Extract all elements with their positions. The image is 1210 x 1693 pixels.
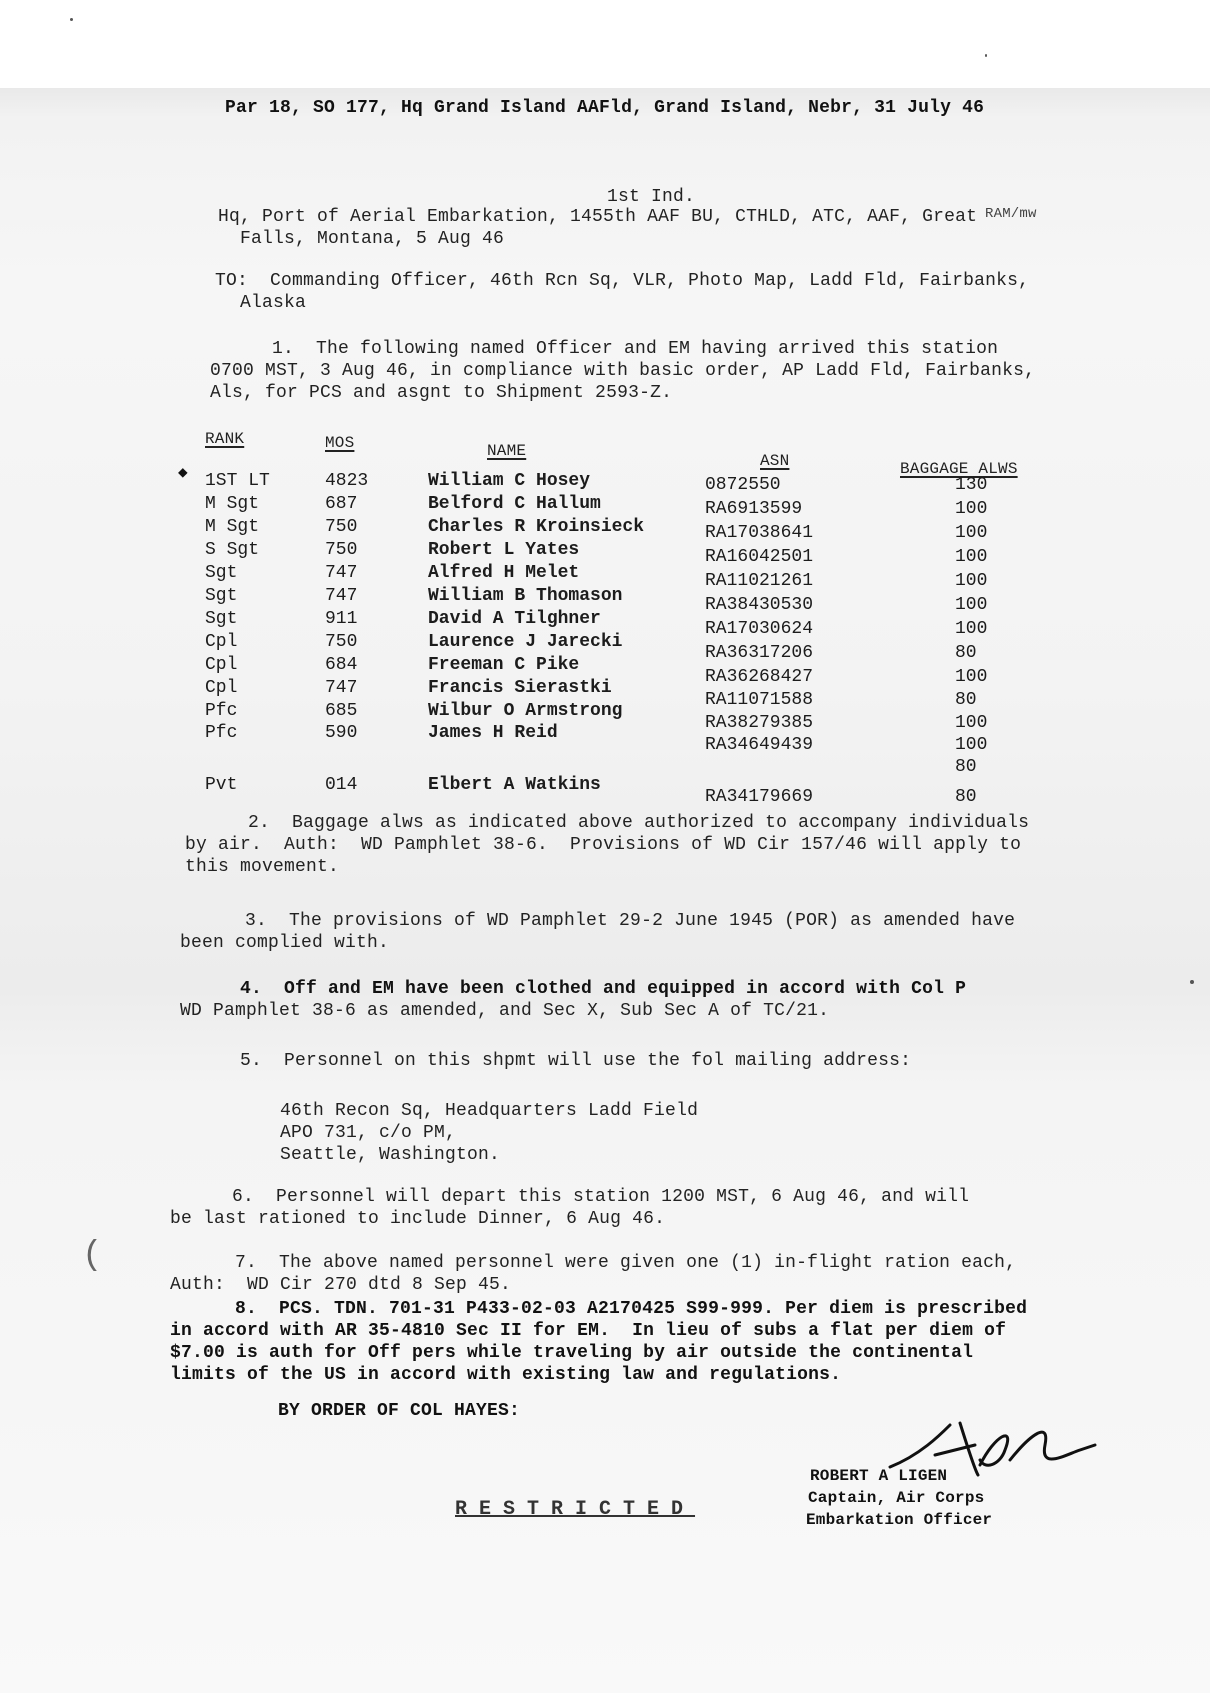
table-row: Pfc685Wilbur O ArmstrongRA38279385100 bbox=[0, 700, 1210, 724]
cell-name: Robert L Yates bbox=[428, 539, 579, 561]
signer-role: Embarkation Officer bbox=[806, 1509, 992, 1531]
signer-title: Captain, Air Corps bbox=[808, 1487, 984, 1509]
table-row: Sgt911David A TilghnerRA17030624100 bbox=[0, 608, 1210, 632]
cell-name: Alfred H Melet bbox=[428, 562, 579, 584]
cell-name: Charles R Kroinsieck bbox=[428, 516, 644, 538]
para8-line3: $7.00 is auth for Off pers while traveli… bbox=[170, 1342, 973, 1364]
cell-name: James H Reid bbox=[428, 722, 558, 744]
cell-rank: Cpl bbox=[205, 677, 237, 699]
address-line3: Seattle, Washington. bbox=[280, 1144, 500, 1166]
cell-name: Wilbur O Armstrong bbox=[428, 700, 622, 722]
para3-line1: 3. The provisions of WD Pamphlet 29-2 Ju… bbox=[245, 910, 1015, 932]
cell-mos: 747 bbox=[325, 585, 357, 607]
para6-line2: be last rationed to include Dinner, 6 Au… bbox=[170, 1208, 665, 1230]
from-line-1: Hq, Port of Aerial Embarkation, 1455th A… bbox=[218, 206, 977, 228]
scan-speck bbox=[985, 54, 987, 57]
cell-baggage: 80 bbox=[955, 786, 977, 808]
cell-name: Elbert A Watkins bbox=[428, 774, 601, 796]
para2-line2: by air. Auth: WD Pamphlet 38-6. Provisio… bbox=[185, 834, 1021, 856]
para1-line1: 1. The following named Officer and EM ha… bbox=[272, 338, 998, 360]
para3-line2: been complied with. bbox=[180, 932, 389, 954]
cell-name: Belford C Hallum bbox=[428, 493, 601, 515]
signer-name: ROBERT A LIGEN bbox=[810, 1465, 947, 1487]
cell-rank: 1ST LT bbox=[205, 470, 270, 492]
para8-line1: 8. PCS. TDN. 701-31 P433-02-03 A2170425 … bbox=[235, 1298, 1027, 1320]
header-mos: MOS bbox=[325, 432, 354, 454]
table-row: Cpl747Francis SierastkiRA1107158880 bbox=[0, 677, 1210, 701]
cell-mos: 684 bbox=[325, 654, 357, 676]
table-row: Pvt014Elbert A WatkinsRA3417966980 bbox=[0, 774, 1210, 798]
cell-rank: Pfc bbox=[205, 722, 237, 744]
cell-mos: 750 bbox=[325, 631, 357, 653]
table-row: M Sgt750Charles R KroinsieckRA1703864110… bbox=[0, 516, 1210, 540]
cell-name: David A Tilghner bbox=[428, 608, 601, 630]
scan-speck bbox=[1190, 980, 1194, 984]
para2-line3: this movement. bbox=[185, 856, 339, 878]
cell-mos: 4823 bbox=[325, 470, 368, 492]
cell-rank: S Sgt bbox=[205, 539, 259, 561]
cell-mos: 750 bbox=[325, 516, 357, 538]
cell-mos: 014 bbox=[325, 774, 357, 796]
cell-mos: 687 bbox=[325, 493, 357, 515]
cell-mos: 747 bbox=[325, 677, 357, 699]
table-row: M Sgt687Belford C HallumRA6913599100 bbox=[0, 493, 1210, 517]
cell-rank: Pfc bbox=[205, 700, 237, 722]
indorsement-label: 1st Ind. bbox=[607, 186, 695, 208]
from-line-2: Falls, Montana, 5 Aug 46 bbox=[240, 228, 504, 250]
header-name: NAME bbox=[487, 440, 526, 462]
cell-mos: 911 bbox=[325, 608, 357, 630]
table-row: 80 bbox=[0, 744, 1210, 768]
table-row: Cpl750Laurence J JareckiRA3631720680 bbox=[0, 631, 1210, 655]
para8-line4: limits of the US in accord with existing… bbox=[170, 1364, 841, 1386]
para7-line2: Auth: WD Cir 270 dtd 8 Sep 45. bbox=[170, 1274, 511, 1296]
cell-rank: Sgt bbox=[205, 608, 237, 630]
scan-speck bbox=[70, 18, 73, 21]
cell-rank: M Sgt bbox=[205, 493, 259, 515]
address-line2: APO 731, c/o PM, bbox=[280, 1122, 456, 1144]
cell-rank: M Sgt bbox=[205, 516, 259, 538]
cell-rank: Cpl bbox=[205, 654, 237, 676]
classification-stamp: RESTRICTED bbox=[455, 1498, 695, 1521]
hole-punch-mark: ( bbox=[82, 1245, 103, 1267]
table-row: Sgt747William B ThomasonRA38430530100 bbox=[0, 585, 1210, 609]
header-rank: RANK bbox=[205, 428, 244, 450]
table-row: Cpl684Freeman C PikeRA36268427100 bbox=[0, 654, 1210, 678]
cell-rank: Sgt bbox=[205, 585, 237, 607]
para1-line3: Als, for PCS and asgnt to Shipment 2593-… bbox=[210, 382, 672, 404]
cell-asn: RA34179669 bbox=[705, 786, 813, 808]
para2-line1: 2. Baggage alws as indicated above autho… bbox=[248, 812, 1029, 834]
table-row: 1ST LT4823William C Hosey0872550130 bbox=[0, 470, 1210, 494]
cell-mos: 747 bbox=[325, 562, 357, 584]
cell-mos: 750 bbox=[325, 539, 357, 561]
para7-line1: 7. The above named personnel were given … bbox=[235, 1252, 1016, 1274]
cell-name: William B Thomason bbox=[428, 585, 622, 607]
cell-name: Francis Sierastki bbox=[428, 677, 612, 699]
cell-name: William C Hosey bbox=[428, 470, 590, 492]
by-order-line: BY ORDER OF COL HAYES: bbox=[278, 1400, 520, 1422]
table-row: Pfc590James H ReidRA34649439100 bbox=[0, 722, 1210, 746]
para1-line2: 0700 MST, 3 Aug 46, in compliance with b… bbox=[210, 360, 1035, 382]
para4-line2: WD Pamphlet 38-6 as amended, and Sec X, … bbox=[180, 1000, 829, 1022]
file-reference: RAM/mw bbox=[985, 203, 1037, 225]
to-line-1: TO: Commanding Officer, 46th Rcn Sq, VLR… bbox=[215, 270, 1029, 292]
cell-name: Laurence J Jarecki bbox=[428, 631, 622, 653]
cell-mos: 685 bbox=[325, 700, 357, 722]
cell-rank: Cpl bbox=[205, 631, 237, 653]
para5-line1: 5. Personnel on this shpmt will use the … bbox=[240, 1050, 911, 1072]
table-row: S Sgt750Robert L YatesRA16042501100 bbox=[0, 539, 1210, 563]
to-line-2: Alaska bbox=[240, 292, 306, 314]
para4-line1: 4. Off and EM have been clothed and equi… bbox=[240, 978, 966, 1000]
header-asn: ASN bbox=[760, 450, 789, 472]
cell-mos: 590 bbox=[325, 722, 357, 744]
cell-rank: Pvt bbox=[205, 774, 237, 796]
para6-line1: 6. Personnel will depart this station 12… bbox=[232, 1186, 969, 1208]
address-line1: 46th Recon Sq, Headquarters Ladd Field bbox=[280, 1100, 698, 1122]
cell-name: Freeman C Pike bbox=[428, 654, 579, 676]
para8-line2: in accord with AR 35-4810 Sec II for EM.… bbox=[170, 1320, 1006, 1342]
table-row: Sgt747Alfred H MeletRA11021261100 bbox=[0, 562, 1210, 586]
cell-rank: Sgt bbox=[205, 562, 237, 584]
reference-line: Par 18, SO 177, Hq Grand Island AAFld, G… bbox=[225, 97, 984, 119]
